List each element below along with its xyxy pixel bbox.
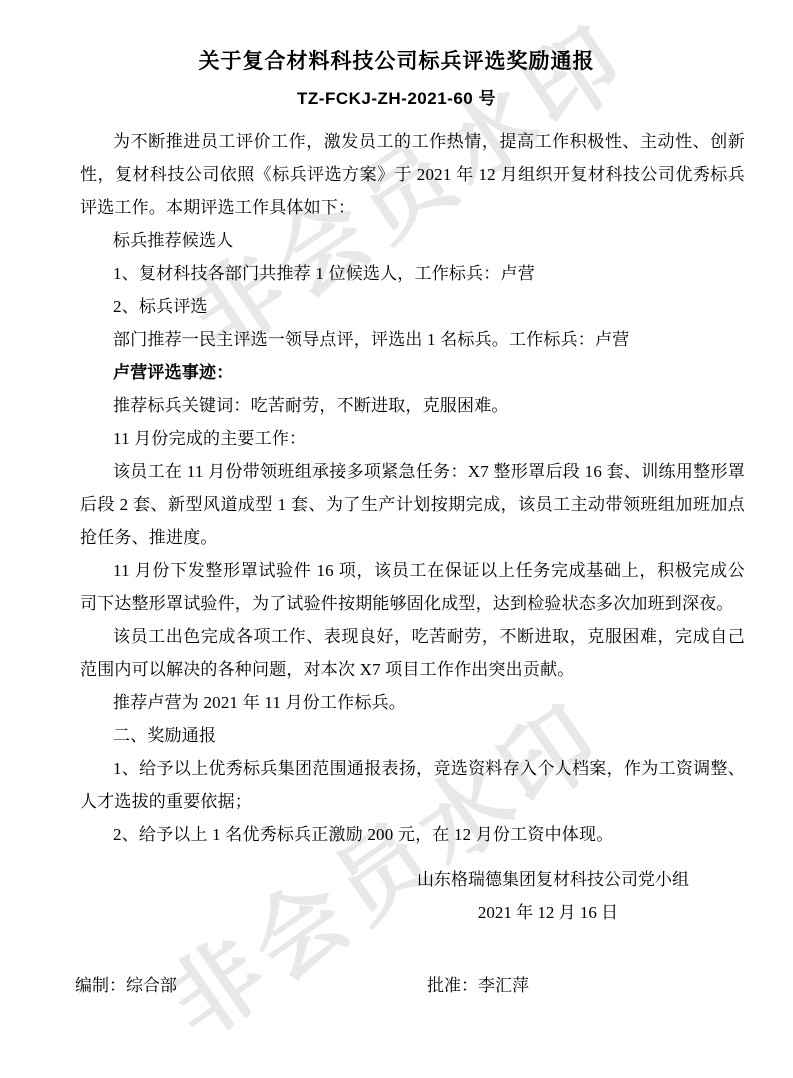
document-footer: 编制：综合部 批准：李汇萍	[0, 969, 793, 1002]
paragraph-heading: 卢营评选事迹：	[80, 356, 745, 389]
document-title: 关于复合材料科技公司标兵评选奖励通报	[0, 0, 793, 77]
paragraph: 为不断推进员工评价工作，激发员工的工作热情，提高工作积极性、主动性、创新性，复材…	[80, 125, 745, 224]
paragraph: 标兵推荐候选人	[80, 224, 745, 257]
paragraph: 推荐标兵关键词：吃苦耐劳，不断进取，克服困难。	[80, 389, 745, 422]
paragraph: 11 月份完成的主要工作：	[80, 422, 745, 455]
paragraph: 1、给予以上优秀标兵集团范围通报表扬，竞选资料存入个人档案，作为工资调整、人才选…	[80, 752, 745, 818]
paragraph: 2、标兵评选	[80, 290, 745, 323]
footer-prepared-by: 编制：综合部	[75, 969, 177, 1002]
paragraph: 部门推荐一民主评选一领导点评，评选出 1 名标兵。工作标兵：卢营	[80, 323, 745, 356]
document-number: TZ-FCKJ-ZH-2021-60 号	[0, 87, 793, 110]
footer-approved-by: 批准：李汇萍	[427, 969, 529, 1002]
document-page: 非会员水印 非会员水印 关于复合材料科技公司标兵评选奖励通报 TZ-FCKJ-Z…	[0, 0, 793, 1078]
paragraph: 推荐卢营为 2021 年 11 月份工作标兵。	[80, 686, 745, 719]
signature-block: 山东格瑞德集团复材科技公司党小组 2021 年 12 月 16 日	[0, 863, 793, 929]
paragraph: 11 月份下发整形罩试验件 16 项，该员工在保证以上任务完成基础上，积极完成公…	[80, 554, 745, 620]
paragraph: 该员工在 11 月份带领班组承接多项紧急任务：X7 整形罩后段 16 套、训练用…	[80, 455, 745, 554]
document-body: 为不断推进员工评价工作，激发员工的工作热情，提高工作积极性、主动性、创新性，复材…	[0, 125, 793, 851]
paragraph: 1、复材科技各部门共推荐 1 位候选人，工作标兵：卢营	[80, 257, 745, 290]
paragraph: 2、给予以上 1 名优秀标兵正激励 200 元，在 12 月份工资中体现。	[80, 818, 745, 851]
signature-organization: 山东格瑞德集团复材科技公司党小组	[417, 863, 793, 896]
signature-date: 2021 年 12 月 16 日	[420, 896, 676, 929]
paragraph: 二、奖励通报	[80, 719, 745, 752]
paragraph: 该员工出色完成各项工作、表现良好，吃苦耐劳，不断进取，克服困难，完成自己范围内可…	[80, 620, 745, 686]
document-content: 关于复合材料科技公司标兵评选奖励通报 TZ-FCKJ-ZH-2021-60 号 …	[0, 0, 793, 1002]
